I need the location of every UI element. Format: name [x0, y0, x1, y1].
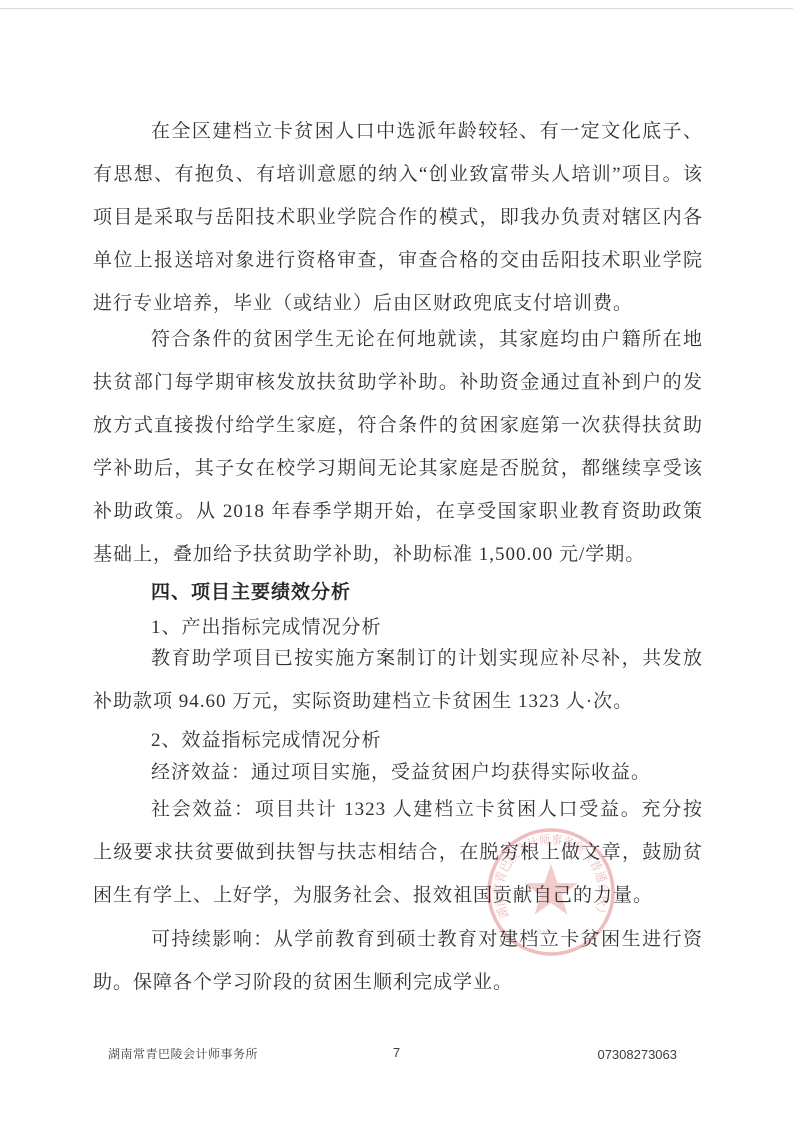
paragraph-output-results: 教育助学项目已按实施方案制订的计划实现应补尽补，共发放补助款项 94.60 万元…	[93, 637, 703, 723]
document-page: 在全区建档立卡贫困人口中选派年龄较轻、有一定文化底子、有思想、有抱负、有培训意愿…	[0, 0, 793, 1121]
paragraph-social-benefit: 社会效益：项目共计 1323 人建档立卡贫困人口受益。充分按上级要求扶贫要做到扶…	[93, 788, 703, 917]
paragraph-training-project: 在全区建档立卡贫困人口中选派年龄较轻、有一定文化底子、有思想、有抱负、有培训意愿…	[93, 110, 703, 325]
footer-phone-number: 07308273063	[597, 1047, 677, 1062]
paragraph-sustainable-impact: 可持续影响：从学前教育到硕士教育对建档立卡贫困生进行资助。保障各个学习阶段的贫困…	[93, 918, 703, 1004]
scan-edge-line	[0, 8, 793, 9]
paragraph-subsidy-policy: 符合条件的贫困学生无论在何地就读，其家庭均由户籍所在地扶贫部门每学期审核发放扶贫…	[93, 318, 703, 576]
